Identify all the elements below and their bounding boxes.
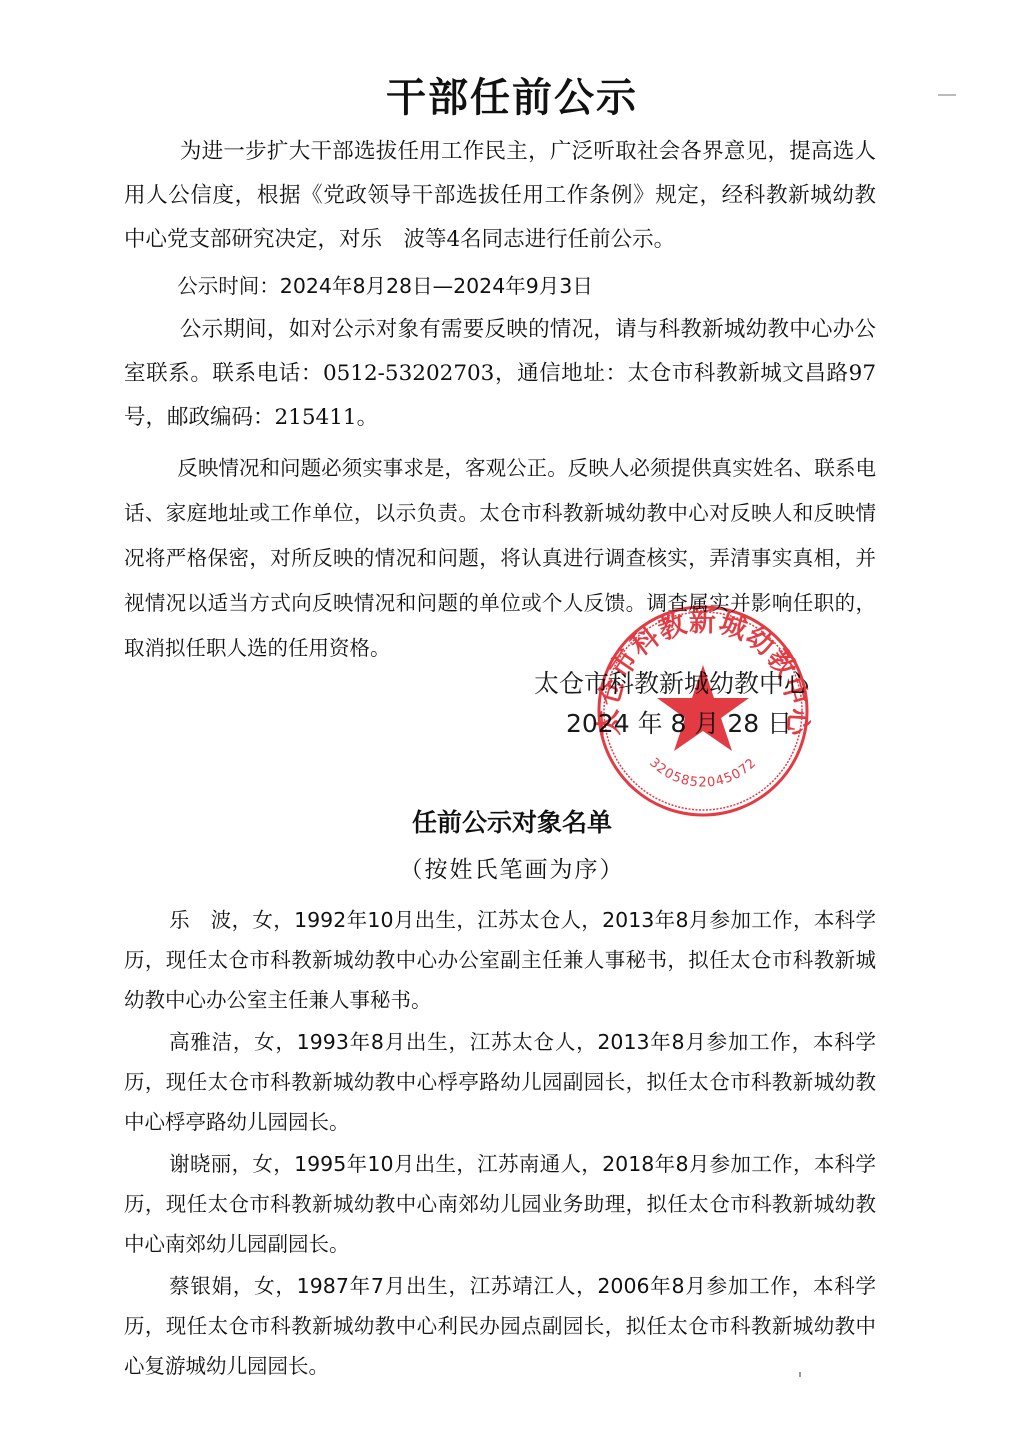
official-seal-icon: 太仓市科教新城幼教中心 3205852045072: [595, 603, 811, 819]
svg-text:3205852045072: 3205852045072: [646, 755, 760, 790]
candidate-entry-le-bo: 乐 波，女，1992年10月出生，江苏太仓人，2013年8月参加工作，本科学历，…: [124, 900, 876, 1020]
candidate-entry-gao-yajie: 高雅洁，女，1993年8月出生，江苏太仓人，2013年8月参加工作，本科学历，现…: [124, 1022, 876, 1142]
seal-code-text: 3205852045072: [646, 755, 760, 790]
notice-body: 为进一步扩大干部选拔任用工作民主，广泛听取社会各界意见，提高选人用人公信度，根据…: [124, 130, 876, 671]
document-title: 干部任前公示: [0, 72, 1024, 124]
candidate-entry-cai-yinjuan: 蔡银娟，女，1987年7月出生，江苏靖江人，2006年8月参加工作，本科学历，现…: [124, 1266, 876, 1386]
scan-artifact-dot: [799, 1372, 801, 1377]
publicity-period: 公示时间：2024年8月28日—2024年9月3日: [124, 264, 876, 308]
intro-paragraph: 为进一步扩大干部选拔任用工作民主，广泛听取社会各界意见，提高选人用人公信度，根据…: [124, 130, 876, 262]
candidate-entry-xie-xiaoli: 谢晓丽，女，1995年10月出生，江苏南通人，2018年8月参加工作，本科学历，…: [124, 1144, 876, 1264]
contact-paragraph: 公示期间，如对公示对象有需要反映的情况，请与科教新城幼教中心办公室联系。联系电话…: [124, 308, 876, 440]
document-page: 干部任前公示 为进一步扩大干部选拔任用工作民主，广泛听取社会各界意见，提高选人用…: [0, 0, 1024, 1433]
candidate-list: 乐 波，女，1992年10月出生，江苏太仓人，2013年8月参加工作，本科学历，…: [124, 900, 876, 1386]
candidate-list-title: 任前公示对象名单: [0, 805, 1024, 841]
candidate-list-subtitle: （按姓氏笔画为序）: [0, 852, 1024, 888]
